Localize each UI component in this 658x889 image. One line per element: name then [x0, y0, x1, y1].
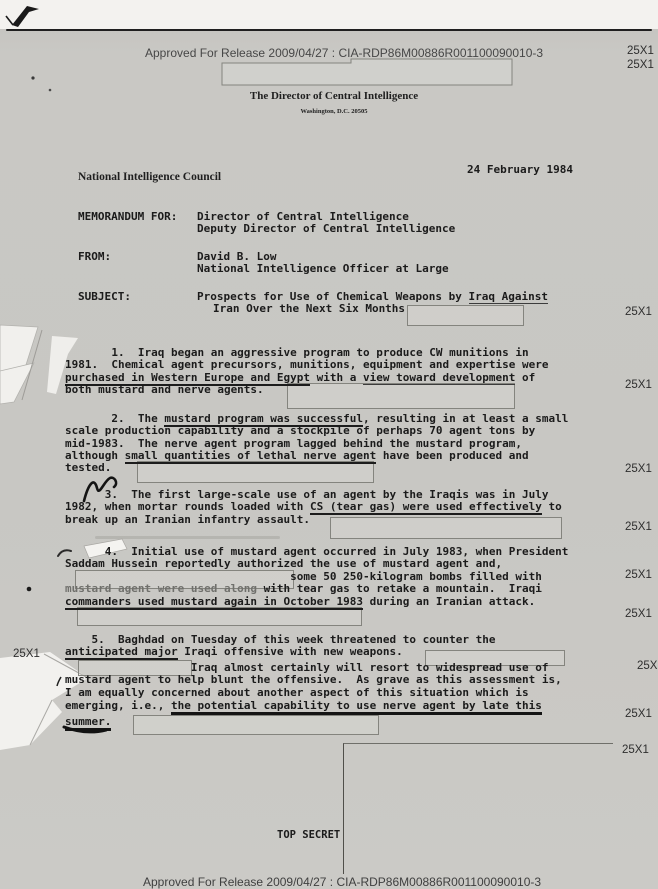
classification-mark-right: 25X1 — [627, 59, 654, 71]
corner-pen-mark — [6, 16, 13, 25]
classification-mark-right: 25X1 — [627, 45, 654, 57]
classification-mark-right: 25X1 — [625, 463, 652, 475]
pen-dot — [27, 587, 32, 592]
corner-pen-mark — [12, 6, 39, 27]
underline-flourish — [64, 727, 106, 732]
classification-mark-right: 25X1 — [625, 708, 652, 720]
scanned-memo-page: Approved For Release 2009/04/27 : CIA-RD… — [0, 0, 658, 889]
classification-mark-right: 25X1 — [625, 306, 652, 318]
classification-mark-right: 25X1 — [622, 744, 649, 756]
handwritten-scribble — [84, 478, 116, 501]
classification-mark-right: 25X1 — [625, 608, 652, 620]
scan-speck — [49, 89, 52, 92]
classification-mark-right: 25X1 — [625, 569, 652, 581]
handwritten-checkmark — [58, 550, 71, 556]
scan-speck — [31, 76, 34, 79]
classification-mark-right: 25X1 — [625, 379, 652, 391]
pen-tick — [57, 677, 61, 686]
pen-marks-layer — [0, 0, 658, 889]
classification-mark-left: 25X1 — [13, 648, 40, 660]
classification-mark-right: 25X1 — [625, 521, 652, 533]
classification-mark-right: 25X1 — [637, 660, 658, 672]
